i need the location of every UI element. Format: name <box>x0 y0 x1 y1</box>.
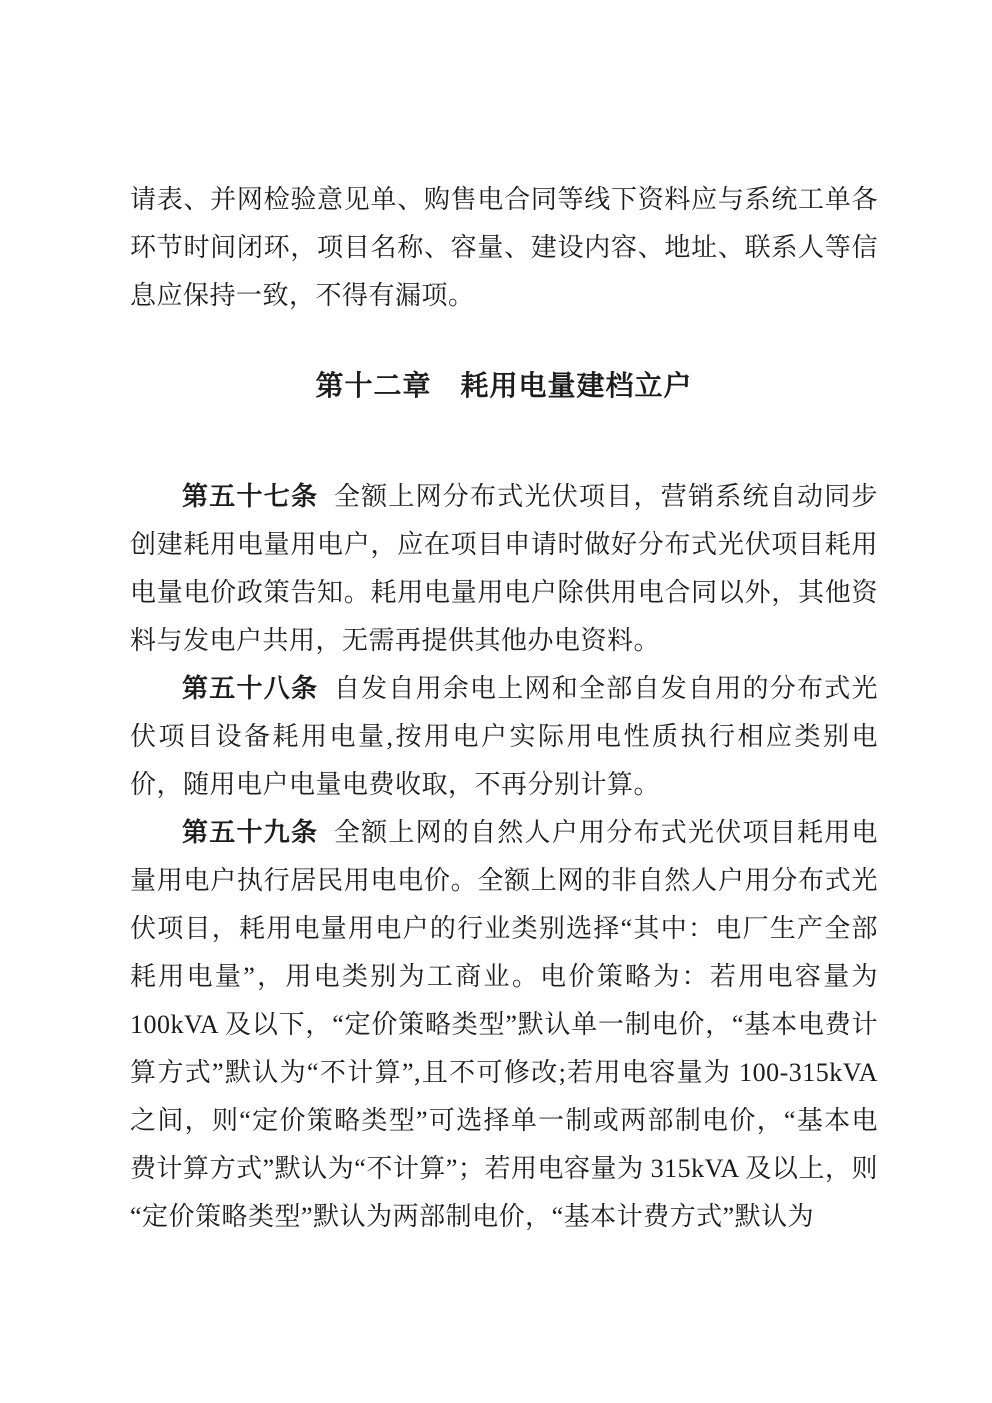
document-content: 请表、并网检验意见单、购售电合同等线下资料应与系统工单各环节时间闭环，项目名称、… <box>130 176 878 1241</box>
article-59-number: 第五十九条 <box>182 818 318 847</box>
article-59-body: 全额上网的自然人户用分布式光伏项目耗用电量用电户执行居民用电电价。全额上网的非自… <box>130 818 878 1231</box>
article-57: 第五十七条全额上网分布式光伏项目，营销系统自动同步创建耗用电量用电户，应在项目申… <box>130 473 878 665</box>
document-page: 请表、并网检验意见单、购售电合同等线下资料应与系统工单各环节时间闭环，项目名称、… <box>0 0 992 1403</box>
article-58: 第五十八条自发自用余电上网和全部自发自用的分布式光伏项目设备耗用电量,按用电户实… <box>130 665 878 809</box>
chapter-heading: 第十二章 耗用电量建档立户 <box>130 363 878 411</box>
intro-paragraph: 请表、并网检验意见单、购售电合同等线下资料应与系统工单各环节时间闭环，项目名称、… <box>130 176 878 320</box>
article-57-number: 第五十七条 <box>182 482 318 511</box>
article-58-number: 第五十八条 <box>182 674 318 703</box>
article-59: 第五十九条全额上网的自然人户用分布式光伏项目耗用电量用电户执行居民用电电价。全额… <box>130 809 878 1241</box>
